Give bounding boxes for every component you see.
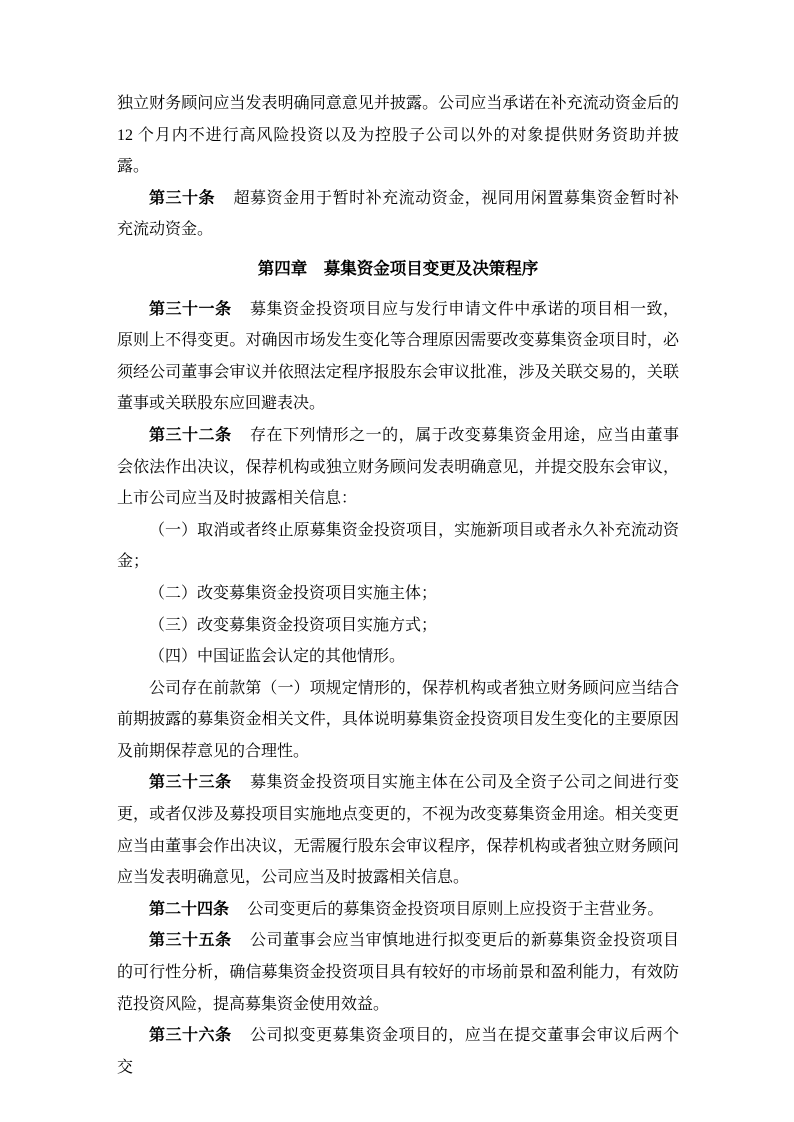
article-32-number: 第三十二条 [149, 427, 232, 444]
article-31-paragraph: 第三十一条募集资金投资项目应与发行申请文件中承诺的项目相一致，原则上不得变更。对… [117, 294, 679, 420]
chapter-heading: 第四章募集资金项目变更及决策程序 [117, 253, 679, 285]
list-item-4: （四）中国证监会认定的其他情形。 [117, 641, 679, 673]
article-24-paragraph: 第二十四条公司变更后的募集资金投资项目原则上应投资于主营业务。 [117, 894, 679, 926]
list-item-3: （三）改变募集资金投资项目实施方式； [117, 610, 679, 642]
article-24-text: 公司变更后的募集资金投资项目原则上应投资于主营业务。 [247, 901, 663, 918]
clause-explanation-paragraph: 公司存在前款第（一）项规定情形的，保荐机构或者独立财务顾问应当结合前期披露的募集… [117, 673, 679, 768]
page-body: 独立财务顾问应当发表明确同意意见并披露。公司应当承诺在补充流动资金后的 12 个… [117, 88, 679, 1083]
list-item-2: （二）改变募集资金投资项目实施主体； [117, 578, 679, 610]
article-24-number: 第二十四条 [149, 901, 229, 918]
article-35-paragraph: 第三十五条公司董事会应当审慎地进行拟变更后的新募集资金投资项目的可行性分析，确信… [117, 925, 679, 1020]
list-item-1: （一）取消或者终止原募集资金投资项目，实施新项目或者永久补充流动资金； [117, 515, 679, 578]
article-30-paragraph: 第三十条超募资金用于暂时补充流动资金，视同用闲置募集资金暂时补充流动资金。 [117, 183, 679, 246]
paragraph-continuation: 独立财务顾问应当发表明确同意意见并披露。公司应当承诺在补充流动资金后的 12 个… [117, 88, 679, 183]
article-33-text: 募集资金投资项目实施主体在公司及全资子公司之间进行变更，或者仅涉及募投项目实施地… [117, 774, 679, 886]
chapter-number: 第四章 [258, 259, 308, 278]
document-page: 独立财务顾问应当发表明确同意意见并披露。公司应当承诺在补充流动资金后的 12 个… [0, 0, 794, 1122]
article-30-number: 第三十条 [149, 190, 215, 207]
article-36-paragraph: 第三十六条公司拟变更募集资金项目的，应当在提交董事会审议后两个交 [117, 1020, 679, 1083]
article-35-number: 第三十五条 [149, 932, 232, 949]
article-32-paragraph: 第三十二条存在下列情形之一的，属于改变募集资金用途，应当由董事会依法作出决议，保… [117, 420, 679, 515]
article-31-number: 第三十一条 [149, 301, 232, 318]
article-36-number: 第三十六条 [149, 1027, 232, 1044]
chapter-title: 募集资金项目变更及决策程序 [324, 259, 539, 278]
article-33-paragraph: 第三十三条募集资金投资项目实施主体在公司及全资子公司之间进行变更，或者仅涉及募投… [117, 767, 679, 893]
article-33-number: 第三十三条 [149, 774, 232, 791]
